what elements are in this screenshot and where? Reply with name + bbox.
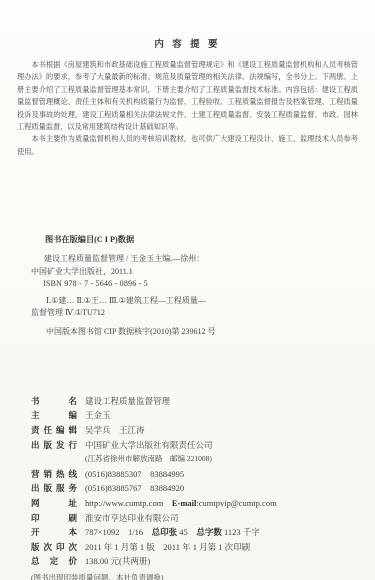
cip-title-line: 建设工程质量监督管理 / 王金玉主编.—徐州： (31, 253, 358, 266)
colophon-rows: 书名建设工程质量监督管理主编王金玉责任编辑吴学兵 王江涛出版发行中国矿业大学出版… (31, 394, 358, 569)
colophon-row-value: (0516)83885307 83884995 (85, 469, 184, 479)
colophon-row-label: 主编 (31, 408, 77, 423)
cip-heading: 图书在版编目(C I P)数据 (45, 234, 358, 245)
colophon-row: (江苏省徐州市解放南路 邮编 221008) (31, 452, 358, 467)
cip-record-number: 中国版本图书馆 CIP 数据核字(2010)第 239612 号 (31, 326, 358, 338)
content-summary-section: 内 容 提 要 本书根据《房屋建筑和市政基础设施工程质量监督管理规定》和《建设工… (0, 0, 375, 158)
colophon-row-label: 出版发行 (31, 438, 77, 453)
colophon-row: 书名建设工程质量监督管理 (31, 394, 358, 409)
colophon-row: 营销热线(0516)83885307 83884995 (31, 467, 358, 482)
cip-publisher-line: 中国矿业大学出版社，2011.1 (31, 266, 358, 279)
colophon-row-value: 中国矿业大学出版社有限责任公司 (85, 440, 213, 450)
colophon-row: 总定价138.00 元(共两册) (31, 554, 358, 569)
copyright-page: 内 容 提 要 本书根据《房屋建筑和市政基础设施工程质量监督管理规定》和《建设工… (0, 0, 375, 580)
colophon-row: 网址http://www.cumtp.com E-mail:cumtpvip@c… (31, 496, 358, 511)
colophon-row-value: 淮安市亨达印业有限公司 (85, 513, 179, 523)
colophon-row: 出版服务(0516)83885767 83884920 (31, 481, 358, 496)
summary-paragraph-2: 本书主要作为质量监督机构人员的考核培训教材，也可供广大建设工程设计、施工、监理技… (17, 133, 358, 158)
quality-note: (图书出现印装质量问题，本社负责调换) (31, 571, 358, 580)
colophon-row-value: 建设工程质量监督管理 (85, 396, 170, 406)
cip-classification: Ⅰ.①建… Ⅱ.①王… Ⅲ.①建筑工程—工程质量— 监督管理 Ⅳ.①TU712 (31, 295, 358, 320)
colophon-row: 开本787×1092 1/16 总印张 45 总字数 1123 千字 (31, 525, 358, 540)
colophon-row-label: 出版服务 (31, 481, 77, 496)
cip-data-block: 图书在版编目(C I P)数据 建设工程质量监督管理 / 王金玉主编.—徐州： … (31, 234, 358, 338)
colophon-row-value: 787×1092 1/16 总印张 45 总字数 1123 千字 (85, 527, 260, 537)
colophon-row-label: 印刷 (31, 511, 77, 526)
colophon-row-value: 王金玉 (85, 410, 111, 420)
colophon-row: 版次印次2011 年 1 月第 1 版 2011 年 1 月第 1 次印刷 (31, 540, 358, 555)
colophon-row: 责任编辑吴学兵 王江涛 (31, 423, 358, 438)
cip-entry: 建设工程质量监督管理 / 王金玉主编.—徐州： 中国矿业大学出版社，2011.1 (31, 253, 358, 278)
colophon-row-label: 责任编辑 (31, 423, 77, 438)
colophon-row: 出版发行中国矿业大学出版社有限责任公司 (31, 438, 358, 453)
colophon-row-value: 吴学兵 王江涛 (85, 425, 145, 435)
colophon-row-label: 版次印次 (31, 540, 77, 555)
summary-paragraph-1: 本书根据《房屋建筑和市政基础设施工程质量监督管理规定》和《建设工程质量监督机构和… (17, 59, 358, 133)
colophon-row-value: (江苏省徐州市解放南路 邮编 221008) (85, 454, 212, 463)
colophon-row-label: 开本 (31, 525, 77, 540)
colophon-row-value: http://www.cumtp.com E-mail:cumtpvip@cum… (85, 498, 277, 508)
colophon-row: 主编王金玉 (31, 408, 358, 423)
colophon-row-value: (0516)83885767 83884920 (85, 483, 184, 493)
colophon-row-label: 总定价 (31, 554, 77, 569)
cip-class-line2: 监督管理 Ⅳ.①TU712 (31, 307, 358, 320)
colophon-row: 印刷淮安市亨达印业有限公司 (31, 511, 358, 526)
cip-class-line1: Ⅰ.①建… Ⅱ.①王… Ⅲ.①建筑工程—工程质量— (31, 295, 358, 308)
colophon-section: 书名建设工程质量监督管理主编王金玉责任编辑吴学兵 王江涛出版发行中国矿业大学出版… (31, 394, 358, 580)
colophon-row-value: 138.00 元(共两册) (85, 556, 150, 566)
colophon-row-label: 营销热线 (31, 467, 77, 482)
colophon-row-label: 书名 (31, 394, 77, 409)
cip-isbn: ISBN 978 - 7 - 5646 - 0896 - 5 (31, 278, 358, 291)
colophon-row-label: 网址 (31, 496, 77, 511)
summary-title: 内 容 提 要 (17, 36, 358, 50)
colophon-row-value: 2011 年 1 月第 1 版 2011 年 1 月第 1 次印刷 (85, 542, 250, 552)
